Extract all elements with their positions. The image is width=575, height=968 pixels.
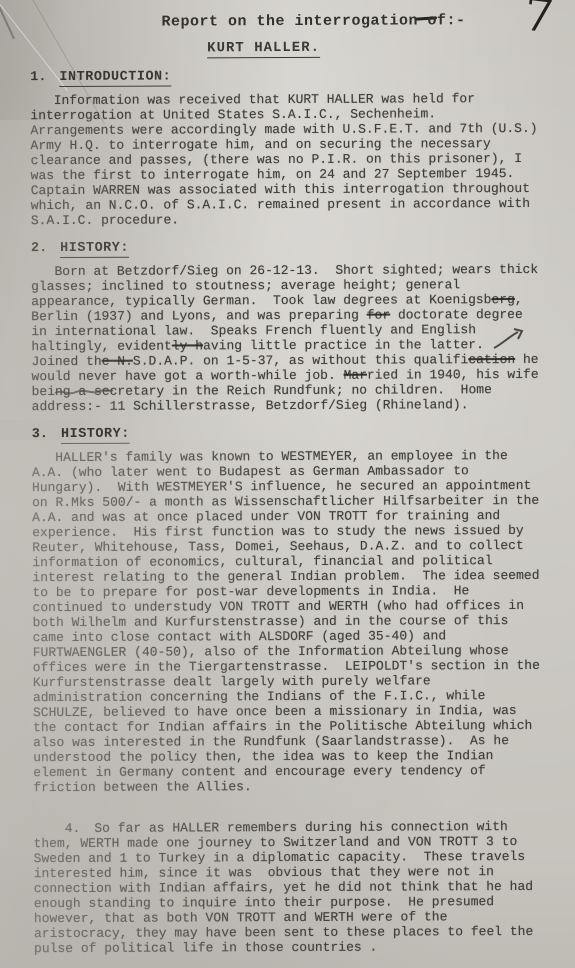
document-scan-page: { "page": { "annotation_top_right": "7",… xyxy=(0,0,575,968)
section-3-paragraph: HALLER's family was known to WESTMEYER, … xyxy=(32,448,546,795)
section-3-number: 3. xyxy=(32,427,48,442)
section-2-number: 2. xyxy=(31,241,47,256)
section-2-heading: 2.HISTORY: xyxy=(31,239,554,256)
section-2-paragraph: Born at Betzdorf/Sieg on 26-12-13. Short… xyxy=(31,262,544,414)
section-1-heading: 1.INTRODUCTION: xyxy=(30,68,553,85)
section-1-number: 1. xyxy=(30,70,46,85)
section-4-paragraph: 4.So far as HALLER remembers during his … xyxy=(33,804,546,968)
subject-name: KURT HALLER. xyxy=(2,39,525,57)
section-4-number: 4. xyxy=(65,821,81,836)
section-3-heading: 3.HISTORY: xyxy=(32,425,555,442)
typewritten-report: Report on the interrogation of:- KURT HA… xyxy=(0,0,575,968)
section-1-paragraph: Information was received that KURT HALLE… xyxy=(30,91,543,228)
section-2-heading-text: HISTORY: xyxy=(60,241,129,258)
section-4-text: So far as HALLER remembers during his co… xyxy=(34,819,542,956)
section-3-heading-text: HISTORY: xyxy=(61,427,130,444)
section-1-heading-text: INTRODUCTION: xyxy=(59,70,171,87)
report-title: Report on the interrogation of:- xyxy=(52,13,575,31)
